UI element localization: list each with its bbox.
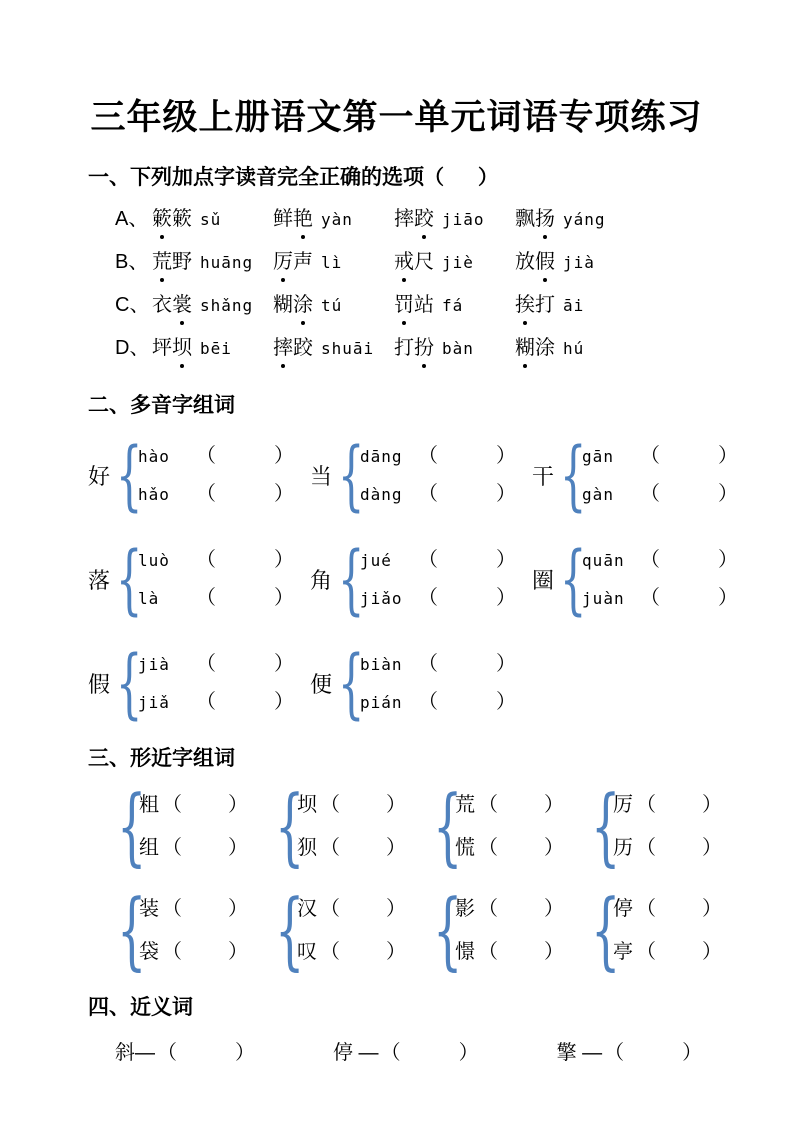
- pinyin-label: jiāo: [442, 206, 485, 233]
- word-pinyin-item: 糊涂tú: [273, 292, 394, 319]
- left-brace-icon: [560, 437, 574, 513]
- similar-char-group: 汉（） 叹（）: [270, 888, 406, 972]
- word: 放假: [515, 249, 555, 276]
- left-brace-icon: [117, 784, 129, 868]
- word-pinyin-item: 糊涂hú: [515, 335, 636, 362]
- word: 厉声: [273, 249, 313, 276]
- char-label: 停 —: [333, 1039, 379, 1067]
- answer-blank: （）: [418, 690, 516, 714]
- left-brace-icon: [116, 437, 130, 513]
- polyphone-group: 干 gān（） gàn（）: [532, 437, 738, 513]
- pinyin-label: jià: [563, 249, 595, 276]
- word-pinyin-item: 荒野huāng: [152, 249, 273, 276]
- answer-blank: （）: [636, 939, 722, 965]
- word: 糊涂: [515, 335, 555, 362]
- option-label: C、: [115, 292, 152, 319]
- polyphone-group: 落 luò（） là（）: [88, 541, 294, 617]
- pinyin-label: hú: [563, 335, 584, 362]
- similar-char-group: 影（） 憬（）: [428, 888, 564, 972]
- dotted-char: 假: [535, 249, 555, 276]
- polyphone-char: 干: [532, 460, 554, 491]
- left-brace-icon: [117, 888, 129, 972]
- answer-blank: （）: [478, 939, 564, 965]
- worksheet-page: 三年级上册语文第一单元词语专项练习 一、下列加点字读音完全正确的选项（） A、 …: [0, 0, 793, 1122]
- word: 戒尺: [394, 249, 434, 276]
- left-brace-icon: [591, 888, 603, 972]
- polyphone-group: 好 hào（） hǎo（）: [88, 437, 294, 513]
- left-brace-icon: [275, 784, 287, 868]
- answer-blank: （）: [196, 548, 294, 572]
- pinyin-label: jiǎ: [138, 691, 196, 715]
- answer-blank: （）: [640, 586, 738, 610]
- word-pinyin-item: 厉声lì: [273, 249, 394, 276]
- synonym-item: 停 —（）: [333, 1039, 479, 1067]
- pinyin-label: tú: [321, 292, 342, 319]
- word-pinyin-item: 飘扬yáng: [515, 206, 636, 233]
- word-pinyin-item: 鲜艳yàn: [273, 206, 394, 233]
- word-pinyin-item: 挨打āi: [515, 292, 636, 319]
- option-label: B、: [115, 249, 152, 276]
- char-label: 斜—: [115, 1039, 155, 1067]
- answer-blank: （）: [478, 896, 564, 922]
- word-pinyin-item: 衣裳shǎng: [152, 292, 273, 319]
- answer-blank: （）: [162, 792, 248, 818]
- pinyin-label: shuāi: [321, 335, 374, 362]
- answer-blank: （）: [636, 896, 722, 922]
- pinyin-label: jiè: [442, 249, 474, 276]
- polyphone-group: 便 biàn（） pián（）: [310, 645, 516, 721]
- answer-blank: （）: [478, 792, 564, 818]
- answer-blank: （）: [320, 835, 406, 861]
- pinyin-label: jué: [360, 549, 418, 573]
- option-label: A、: [115, 206, 152, 233]
- polyphone-char: 落: [88, 564, 110, 595]
- similar-char-group: 装（） 袋（）: [112, 888, 248, 972]
- dotted-char: 厉: [273, 249, 293, 276]
- word-pinyin-item: 罚站fá: [394, 292, 515, 319]
- answer-blank: （）: [418, 586, 516, 610]
- pinyin-label: pián: [360, 691, 418, 715]
- answer-blank: （）: [640, 444, 738, 468]
- word: 簌簌: [152, 206, 192, 233]
- word: 打扮: [394, 335, 434, 362]
- pinyin-label: jià: [138, 653, 196, 677]
- answer-blank: （）: [196, 444, 294, 468]
- left-brace-icon: [560, 541, 574, 617]
- polyphone-group: 当 dāng（） dàng（）: [310, 437, 516, 513]
- answer-blank: （）: [418, 652, 516, 676]
- word: 衣裳: [152, 292, 192, 319]
- dotted-char: 裳: [172, 292, 192, 319]
- pinyin-label: fá: [442, 292, 463, 319]
- section2-heading: 二、多音字组词: [88, 392, 793, 419]
- left-brace-icon: [591, 784, 603, 868]
- pinyin-label: yàn: [321, 206, 353, 233]
- left-brace-icon: [338, 645, 352, 721]
- polyphone-char: 当: [310, 460, 332, 491]
- left-brace-icon: [338, 437, 352, 513]
- answer-blank: （）: [162, 896, 248, 922]
- polyphone-char: 便: [310, 668, 332, 699]
- left-brace-icon: [338, 541, 352, 617]
- answer-blank: （）: [418, 444, 516, 468]
- left-brace-icon: [433, 888, 445, 972]
- option-row-b: B、 荒野huāng 厉声lì 戒尺jiè 放假jià: [115, 249, 793, 276]
- similar-char-group: 粗（） 组（）: [112, 784, 248, 868]
- dotted-char: 簌: [152, 206, 172, 233]
- pinyin-label: shǎng: [200, 292, 253, 319]
- pinyin-label: quān: [582, 549, 640, 573]
- similar-char-row-1: 粗（） 组（） 坝（） 狈（） 荒（） 慌（） 厉（） 历（）: [112, 784, 793, 868]
- polyphone-char: 好: [88, 460, 110, 491]
- pinyin-label: bēi: [200, 335, 232, 362]
- answer-blank: （）: [196, 690, 294, 714]
- answer-blank: （）: [418, 482, 516, 506]
- dotted-char: 跤: [414, 206, 434, 233]
- dotted-char: 坝: [172, 335, 192, 362]
- word: 飘扬: [515, 206, 555, 233]
- pinyin-label: yáng: [563, 206, 606, 233]
- word-pinyin-item: 摔跤shuāi: [273, 335, 394, 362]
- word: 摔跤: [273, 335, 313, 362]
- word: 罚站: [394, 292, 434, 319]
- word: 挨打: [515, 292, 555, 319]
- left-brace-icon: [275, 888, 287, 972]
- worksheet-title: 三年级上册语文第一单元词语专项练习: [0, 0, 793, 140]
- pinyin-label: juàn: [582, 587, 640, 611]
- pinyin-label: hào: [138, 445, 196, 469]
- word-pinyin-item: 簌簌sǔ: [152, 206, 273, 233]
- option-label: D、: [115, 335, 152, 362]
- option-row-c: C、 衣裳shǎng 糊涂tú 罚站fá 挨打āi: [115, 292, 793, 319]
- answer-blank: （）: [381, 1039, 479, 1067]
- polyphone-group: 圈 quān（） juàn（）: [532, 541, 738, 617]
- word: 鲜艳: [273, 206, 313, 233]
- answer-blank: （）: [424, 167, 498, 189]
- pinyin-label: sǔ: [200, 206, 221, 233]
- answer-blank: （）: [162, 939, 248, 965]
- answer-blank: （）: [604, 1039, 702, 1067]
- dotted-char: 扮: [414, 335, 434, 362]
- pinyin-label: là: [138, 587, 196, 611]
- answer-blank: （）: [640, 482, 738, 506]
- pinyin-label: jiǎo: [360, 587, 418, 611]
- pinyin-label: huāng: [200, 249, 253, 276]
- answer-blank: （）: [320, 939, 406, 965]
- word-pinyin-item: 戒尺jiè: [394, 249, 515, 276]
- word: 摔跤: [394, 206, 434, 233]
- dotted-char: 罚: [394, 292, 414, 319]
- polyphone-row-3: 假 jià（） jiǎ（） 便 biàn（） pián（）: [88, 645, 793, 721]
- answer-blank: （）: [320, 792, 406, 818]
- dotted-char: 挨: [515, 292, 535, 319]
- similar-char-row-2: 装（） 袋（） 汉（） 叹（） 影（） 憬（） 停（） 亭（）: [112, 888, 793, 972]
- polyphone-group: 假 jià（） jiǎ（）: [88, 645, 294, 721]
- word: 坪坝: [152, 335, 192, 362]
- dotted-char: 戒: [394, 249, 414, 276]
- dotted-char: 艳: [293, 206, 313, 233]
- pinyin-label: hǎo: [138, 483, 196, 507]
- answer-blank: （）: [640, 548, 738, 572]
- similar-char-group: 坝（） 狈（）: [270, 784, 406, 868]
- word: 糊涂: [273, 292, 313, 319]
- polyphone-group: 角 jué（） jiǎo（）: [310, 541, 516, 617]
- word-pinyin-item: 放假jià: [515, 249, 636, 276]
- pinyin-label: dàng: [360, 483, 418, 507]
- polyphone-char: 角: [310, 564, 332, 595]
- section1-heading-text: 一、下列加点字读音完全正确的选项: [88, 166, 424, 189]
- polyphone-row-2: 落 luò（） là（） 角 jué（） jiǎo（） 圈 quān（） juà…: [88, 541, 793, 617]
- similar-char-group: 停（） 亭（）: [586, 888, 722, 972]
- dotted-char: 涂: [293, 292, 313, 319]
- left-brace-icon: [116, 645, 130, 721]
- pinyin-label: biàn: [360, 653, 418, 677]
- answer-blank: （）: [418, 548, 516, 572]
- pinyin-label: bàn: [442, 335, 474, 362]
- char-label: 擎 —: [557, 1039, 603, 1067]
- synonym-item: 擎 —（）: [557, 1039, 703, 1067]
- answer-blank: （）: [320, 896, 406, 922]
- answer-blank: （）: [162, 835, 248, 861]
- left-brace-icon: [116, 541, 130, 617]
- word-pinyin-item: 坪坝bēi: [152, 335, 273, 362]
- pinyin-label: dāng: [360, 445, 418, 469]
- answer-blank: （）: [196, 482, 294, 506]
- option-row-d: D、 坪坝bēi 摔跤shuāi 打扮bàn 糊涂hú: [115, 335, 793, 362]
- answer-blank: （）: [636, 835, 722, 861]
- pinyin-label: lì: [321, 249, 342, 276]
- dotted-char: 荒: [152, 249, 172, 276]
- left-brace-icon: [433, 784, 445, 868]
- pinyin-label: luò: [138, 549, 196, 573]
- similar-char-group: 荒（） 慌（）: [428, 784, 564, 868]
- word: 荒野: [152, 249, 192, 276]
- pinyin-label: āi: [563, 292, 584, 319]
- polyphone-char: 圈: [532, 564, 554, 595]
- section4-heading: 四、近义词: [88, 994, 793, 1021]
- answer-blank: （）: [157, 1039, 255, 1067]
- similar-char-group: 厉（） 历（）: [586, 784, 722, 868]
- polyphone-char: 假: [88, 668, 110, 699]
- synonym-row: 斜—（） 停 —（） 擎 —（）: [115, 1039, 793, 1067]
- section1-heading: 一、下列加点字读音完全正确的选项（）: [88, 164, 793, 192]
- word-pinyin-item: 打扮bàn: [394, 335, 515, 362]
- pinyin-label: gān: [582, 445, 640, 469]
- dotted-char: 扬: [535, 206, 555, 233]
- polyphone-row-1: 好 hào（） hǎo（） 当 dāng（） dàng（） 干 gān（） gà…: [88, 437, 793, 513]
- answer-blank: （）: [196, 586, 294, 610]
- dotted-char: 摔: [273, 335, 293, 362]
- pinyin-label: gàn: [582, 483, 640, 507]
- answer-blank: （）: [196, 652, 294, 676]
- option-row-a: A、 簌簌sǔ 鲜艳yàn 摔跤jiāo 飘扬yáng: [115, 206, 793, 233]
- word-pinyin-item: 摔跤jiāo: [394, 206, 515, 233]
- answer-blank: （）: [636, 792, 722, 818]
- section3-heading: 三、形近字组词: [88, 745, 793, 772]
- dotted-char: 糊: [515, 335, 535, 362]
- synonym-item: 斜—（）: [115, 1039, 255, 1067]
- answer-blank: （）: [478, 835, 564, 861]
